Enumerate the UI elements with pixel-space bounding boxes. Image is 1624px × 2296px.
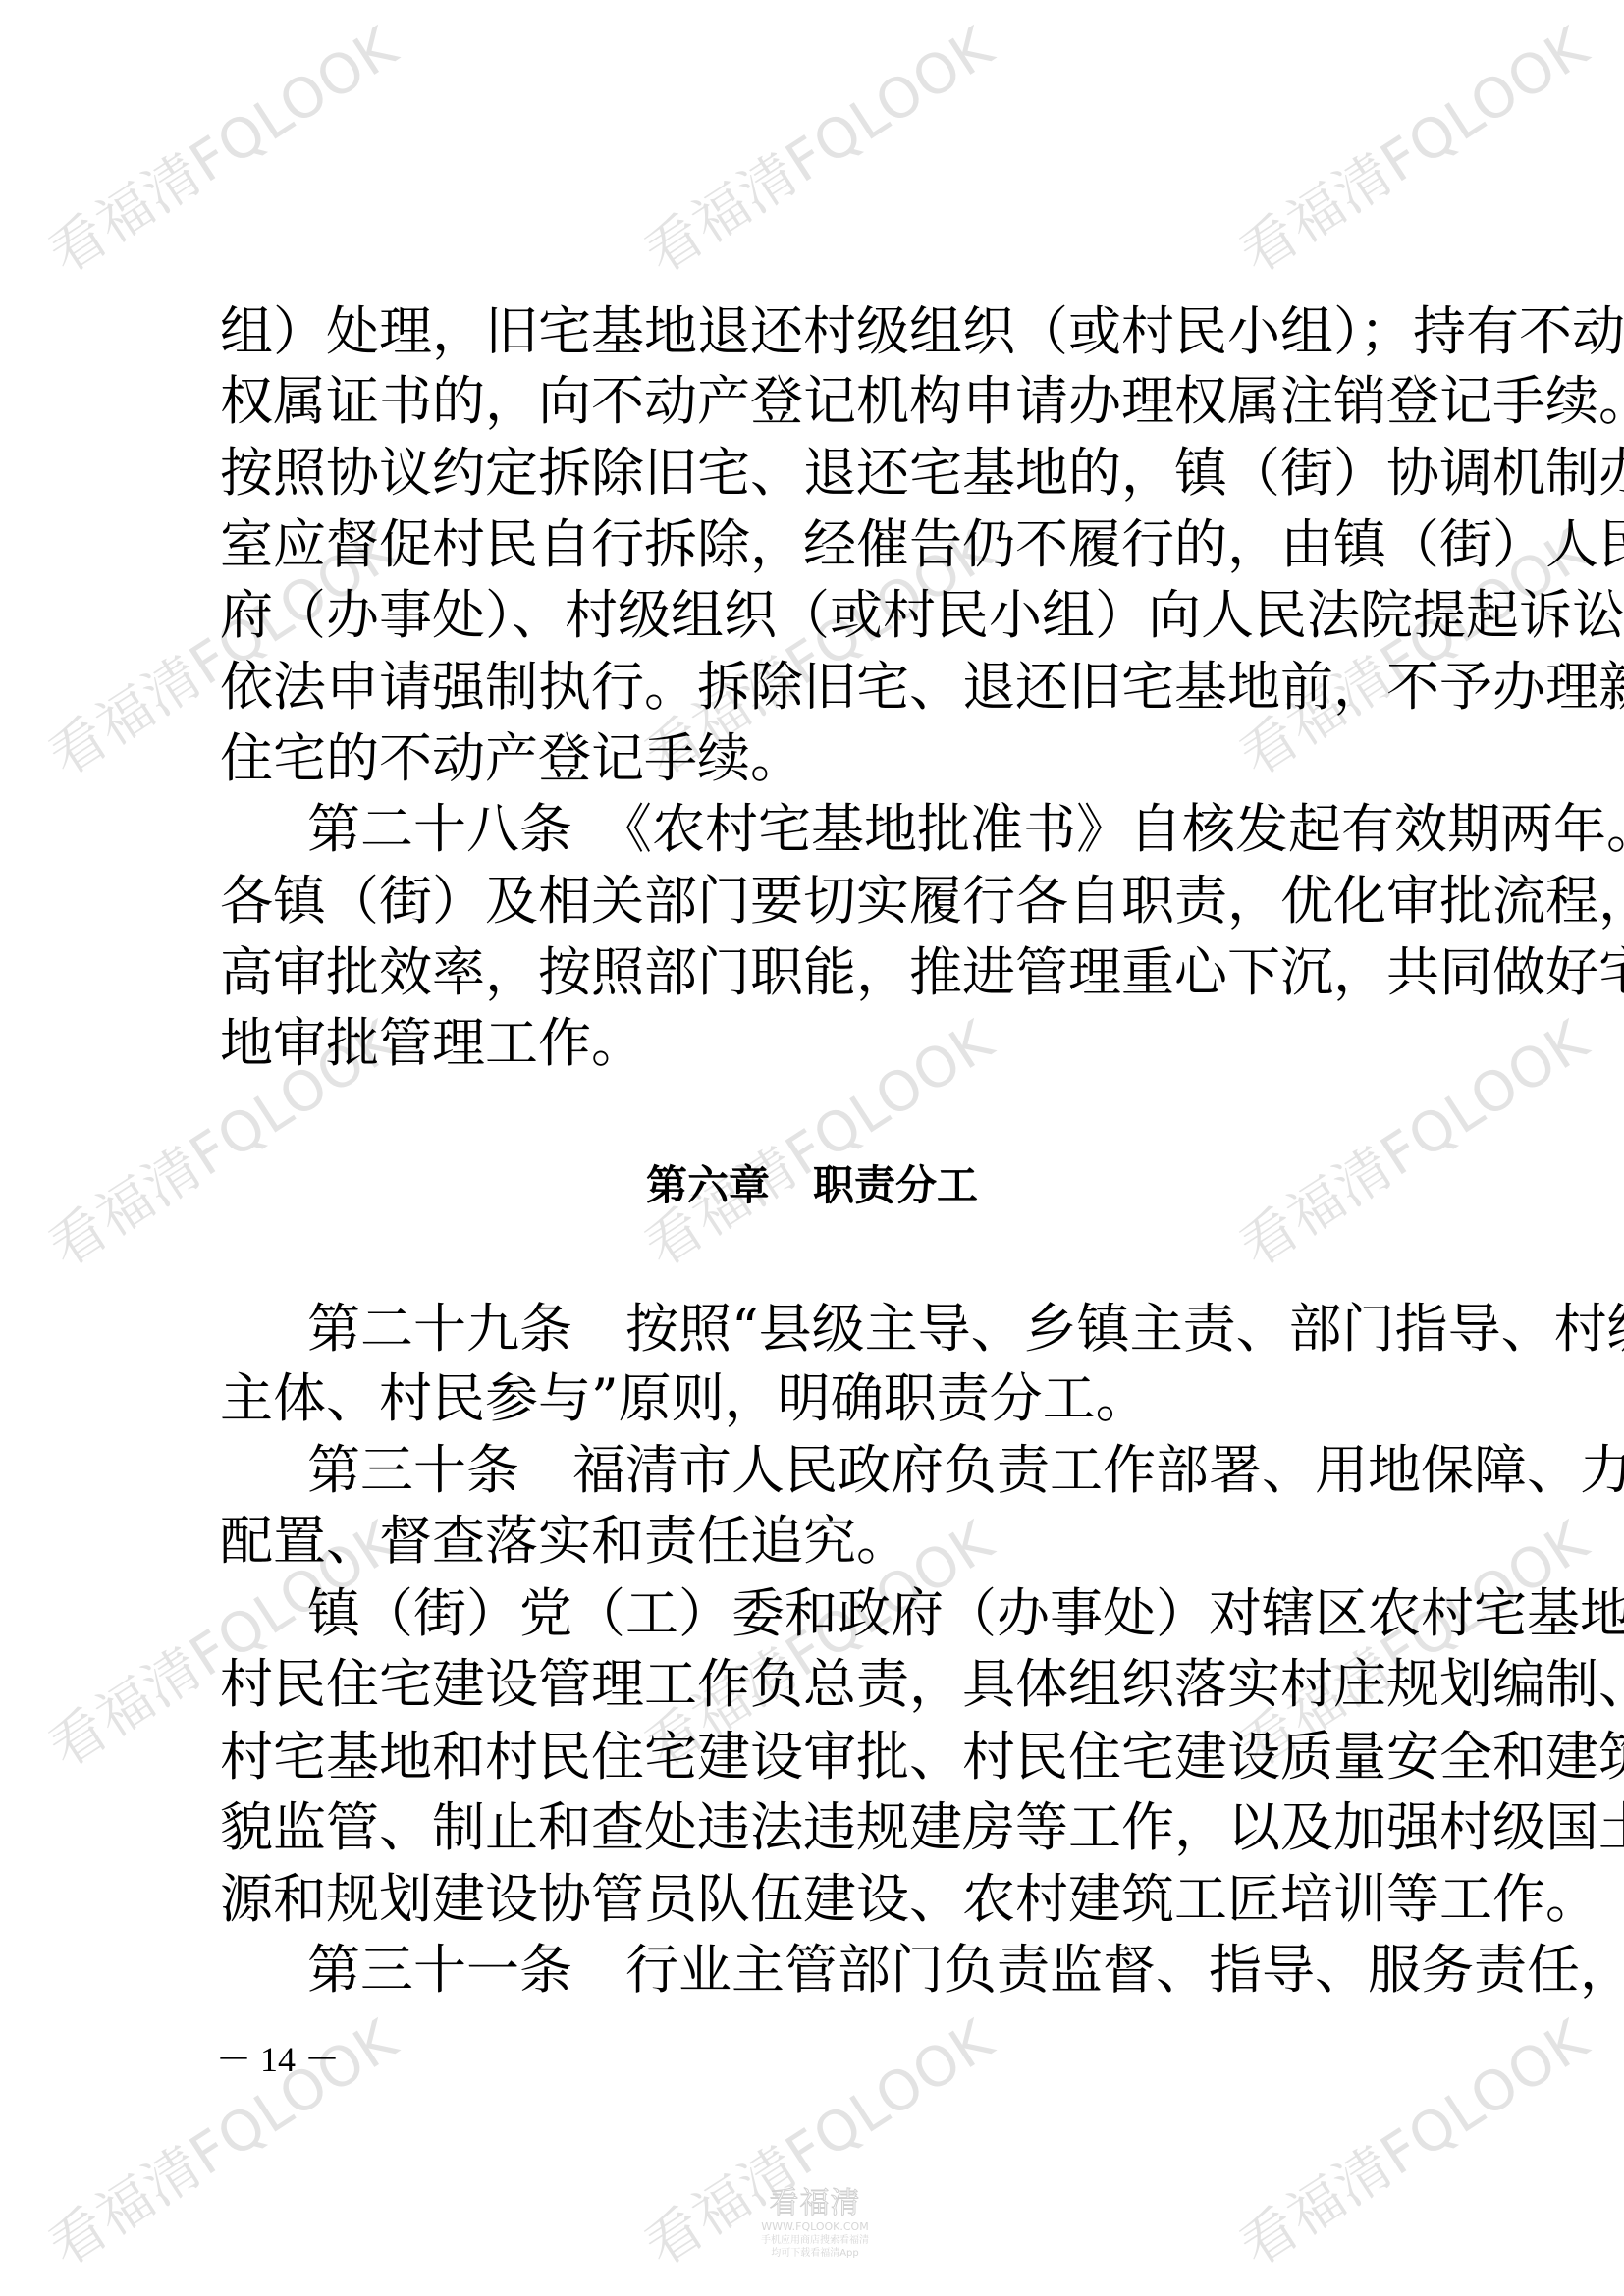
footer-logo: 看福清 WWW.FQLOOK.COM 手机应用商店搜索看福清 均可下载看福清Ap…: [746, 2187, 884, 2260]
article-30-line: 第三十条 福清市人民政府负责工作部署、用地保障、力量: [307, 1439, 1430, 1502]
article-29-line: 第二十九条 按照“县级主导、乡镇主责、部门指导、村级: [307, 1298, 1430, 1361]
body-line: 镇（街）党（工）委和政府（办事处）对辖区农村宅基地和: [307, 1582, 1430, 1645]
body-line: 主体、村民参与”原则，明确职责分工。: [220, 1367, 1430, 1430]
body-line: 村民住宅建设管理工作负总责，具体组织落实村庄规划编制、农: [220, 1653, 1430, 1716]
watermark: 看福清FQLOOK: [627, 6, 1005, 290]
body-line: 室应督促村民自行拆除，经催告仍不履行的，由镇（街）人民政: [220, 513, 1430, 576]
body-line: 依法申请强制执行。拆除旧宅、退还旧宅基地前，不予办理新建: [220, 656, 1430, 719]
document-page: 看福清FQLOOK 看福清FQLOOK 看福清FQLOOK 看福清FQLOOK …: [0, 0, 1624, 2296]
body-line: 权属证书的，向不动产登记机构申请办理权属注销登记手续。未: [220, 370, 1430, 433]
body-line: 貌监管、制止和查处违法违规建房等工作，以及加强村级国土资: [220, 1796, 1430, 1859]
chapter-title: 职责分工: [813, 1161, 978, 1209]
body-line: 源和规划建设协管员队伍建设、农村建筑工匠培训等工作。: [220, 1868, 1430, 1931]
body-line: 组）处理，旧宅基地退还村级组织（或村民小组）；持有不动产: [220, 300, 1430, 363]
logo-url: WWW.FQLOOK.COM: [746, 2220, 884, 2234]
chapter-heading: 第六章职责分工: [0, 1158, 1624, 1213]
page-number: － 14 －: [216, 2040, 340, 2079]
body-line: 住宅的不动产登记手续。: [220, 727, 1430, 790]
watermark: 看福清FQLOOK: [1222, 1999, 1600, 2282]
body-line: 按照协议约定拆除旧宅、退还宅基地的，镇（街）协调机制办公: [220, 442, 1430, 505]
body-line: 配置、督查落实和责任追究。: [220, 1510, 1430, 1573]
body-line: 地审批管理工作。: [220, 1012, 1430, 1075]
watermark: 看福清FQLOOK: [1222, 6, 1600, 290]
body-line: 村宅基地和村民住宅建设审批、村民住宅建设质量安全和建筑风: [220, 1726, 1430, 1789]
article-31-line: 第三十一条 行业主管部门负责监督、指导、服务责任，其: [307, 1939, 1430, 2002]
body-line: 高审批效率，按照部门职能，推进管理重心下沉，共同做好宅基: [220, 941, 1430, 1004]
chapter-number: 第六章: [646, 1161, 770, 1209]
logo-tip-1: 手机应用商店搜索看福清: [746, 2234, 884, 2247]
article-28-line: 第二十八条 《农村宅基地批准书》自核发起有效期两年。: [307, 798, 1430, 861]
logo-tip-2: 均可下载看福清App: [746, 2247, 884, 2260]
body-line: 府（办事处）、村级组织（或村民小组）向人民法院提起诉讼后: [220, 584, 1430, 647]
watermark: 看福清FQLOOK: [31, 6, 409, 290]
logo-brand: 看福清: [746, 2187, 884, 2220]
body-line: 各镇（街）及相关部门要切实履行各自职责，优化审批流程，提: [220, 870, 1430, 933]
